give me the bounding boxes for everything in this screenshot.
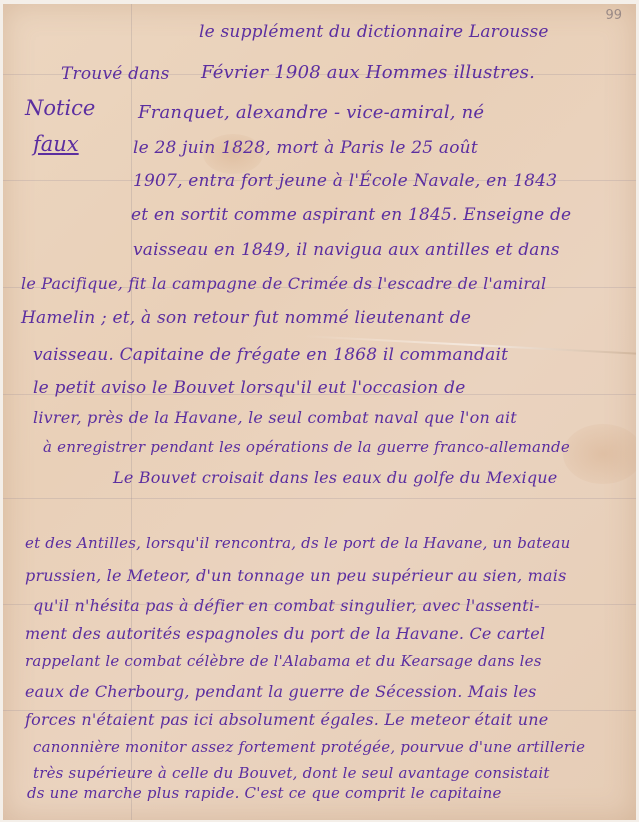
text-line: à enregistrer pendant les opérations de … — [43, 438, 570, 456]
header-line-1: le supplément du dictionnaire Larousse — [199, 22, 549, 42]
text-line: le petit aviso le Bouvet lorsqu'il eut l… — [33, 378, 466, 398]
text-line: qu'il n'hésita pas à défier en combat si… — [33, 596, 540, 615]
text-line: ment des autorités espagnoles du port de… — [25, 624, 545, 643]
text-line: livrer, près de la Havane, le seul comba… — [33, 408, 517, 427]
ruled-line — [3, 498, 636, 499]
margin-note-notice: Notice — [25, 96, 95, 120]
text-line: Le Bouvet croisait dans les eaux du golf… — [113, 468, 557, 487]
text-line: vaisseau. Capitaine de frégate en 1868 i… — [33, 345, 508, 365]
text-line: et des Antilles, lorsqu'il rencontra, ds… — [25, 534, 571, 552]
text-line: et en sortit comme aspirant en 1845. Ens… — [131, 205, 571, 225]
page-number: 99 — [605, 8, 622, 23]
header-prefix: Trouvé dans — [61, 64, 170, 84]
text-line: Franquet, alexandre - vice-amiral, né — [138, 102, 484, 123]
manuscript-page: 99 le supplément du dictionnaire Larouss… — [3, 4, 636, 820]
text-line: canonnière monitor assez fortement proté… — [33, 738, 585, 756]
text-line: vaisseau en 1849, il navigua aux antille… — [133, 240, 560, 260]
text-line: 1907, entra fort jeune à l'École Navale,… — [133, 171, 557, 191]
text-line: prussien, le Meteor, d'un tonnage un peu… — [25, 566, 566, 585]
header-line-2: Février 1908 aux Hommes illustres. — [201, 62, 535, 83]
text-line: le 28 juin 1828, mort à Paris le 25 août — [133, 138, 478, 158]
text-line: rappelant le combat célèbre de l'Alabama… — [25, 652, 542, 670]
margin-note-faux: faux — [33, 132, 79, 156]
paper-stain — [563, 424, 636, 484]
text-line: très supérieure à celle du Bouvet, dont … — [33, 764, 550, 782]
text-line: ds une marche plus rapide. C'est ce que … — [27, 784, 502, 802]
text-line: eaux de Cherbourg, pendant la guerre de … — [25, 682, 537, 701]
text-line: le Pacifique, fit la campagne de Crimée … — [21, 274, 546, 293]
text-line: Hamelin ; et, à son retour fut nommé lie… — [21, 308, 471, 328]
text-line: forces n'étaient pas ici absolument égal… — [25, 710, 548, 729]
